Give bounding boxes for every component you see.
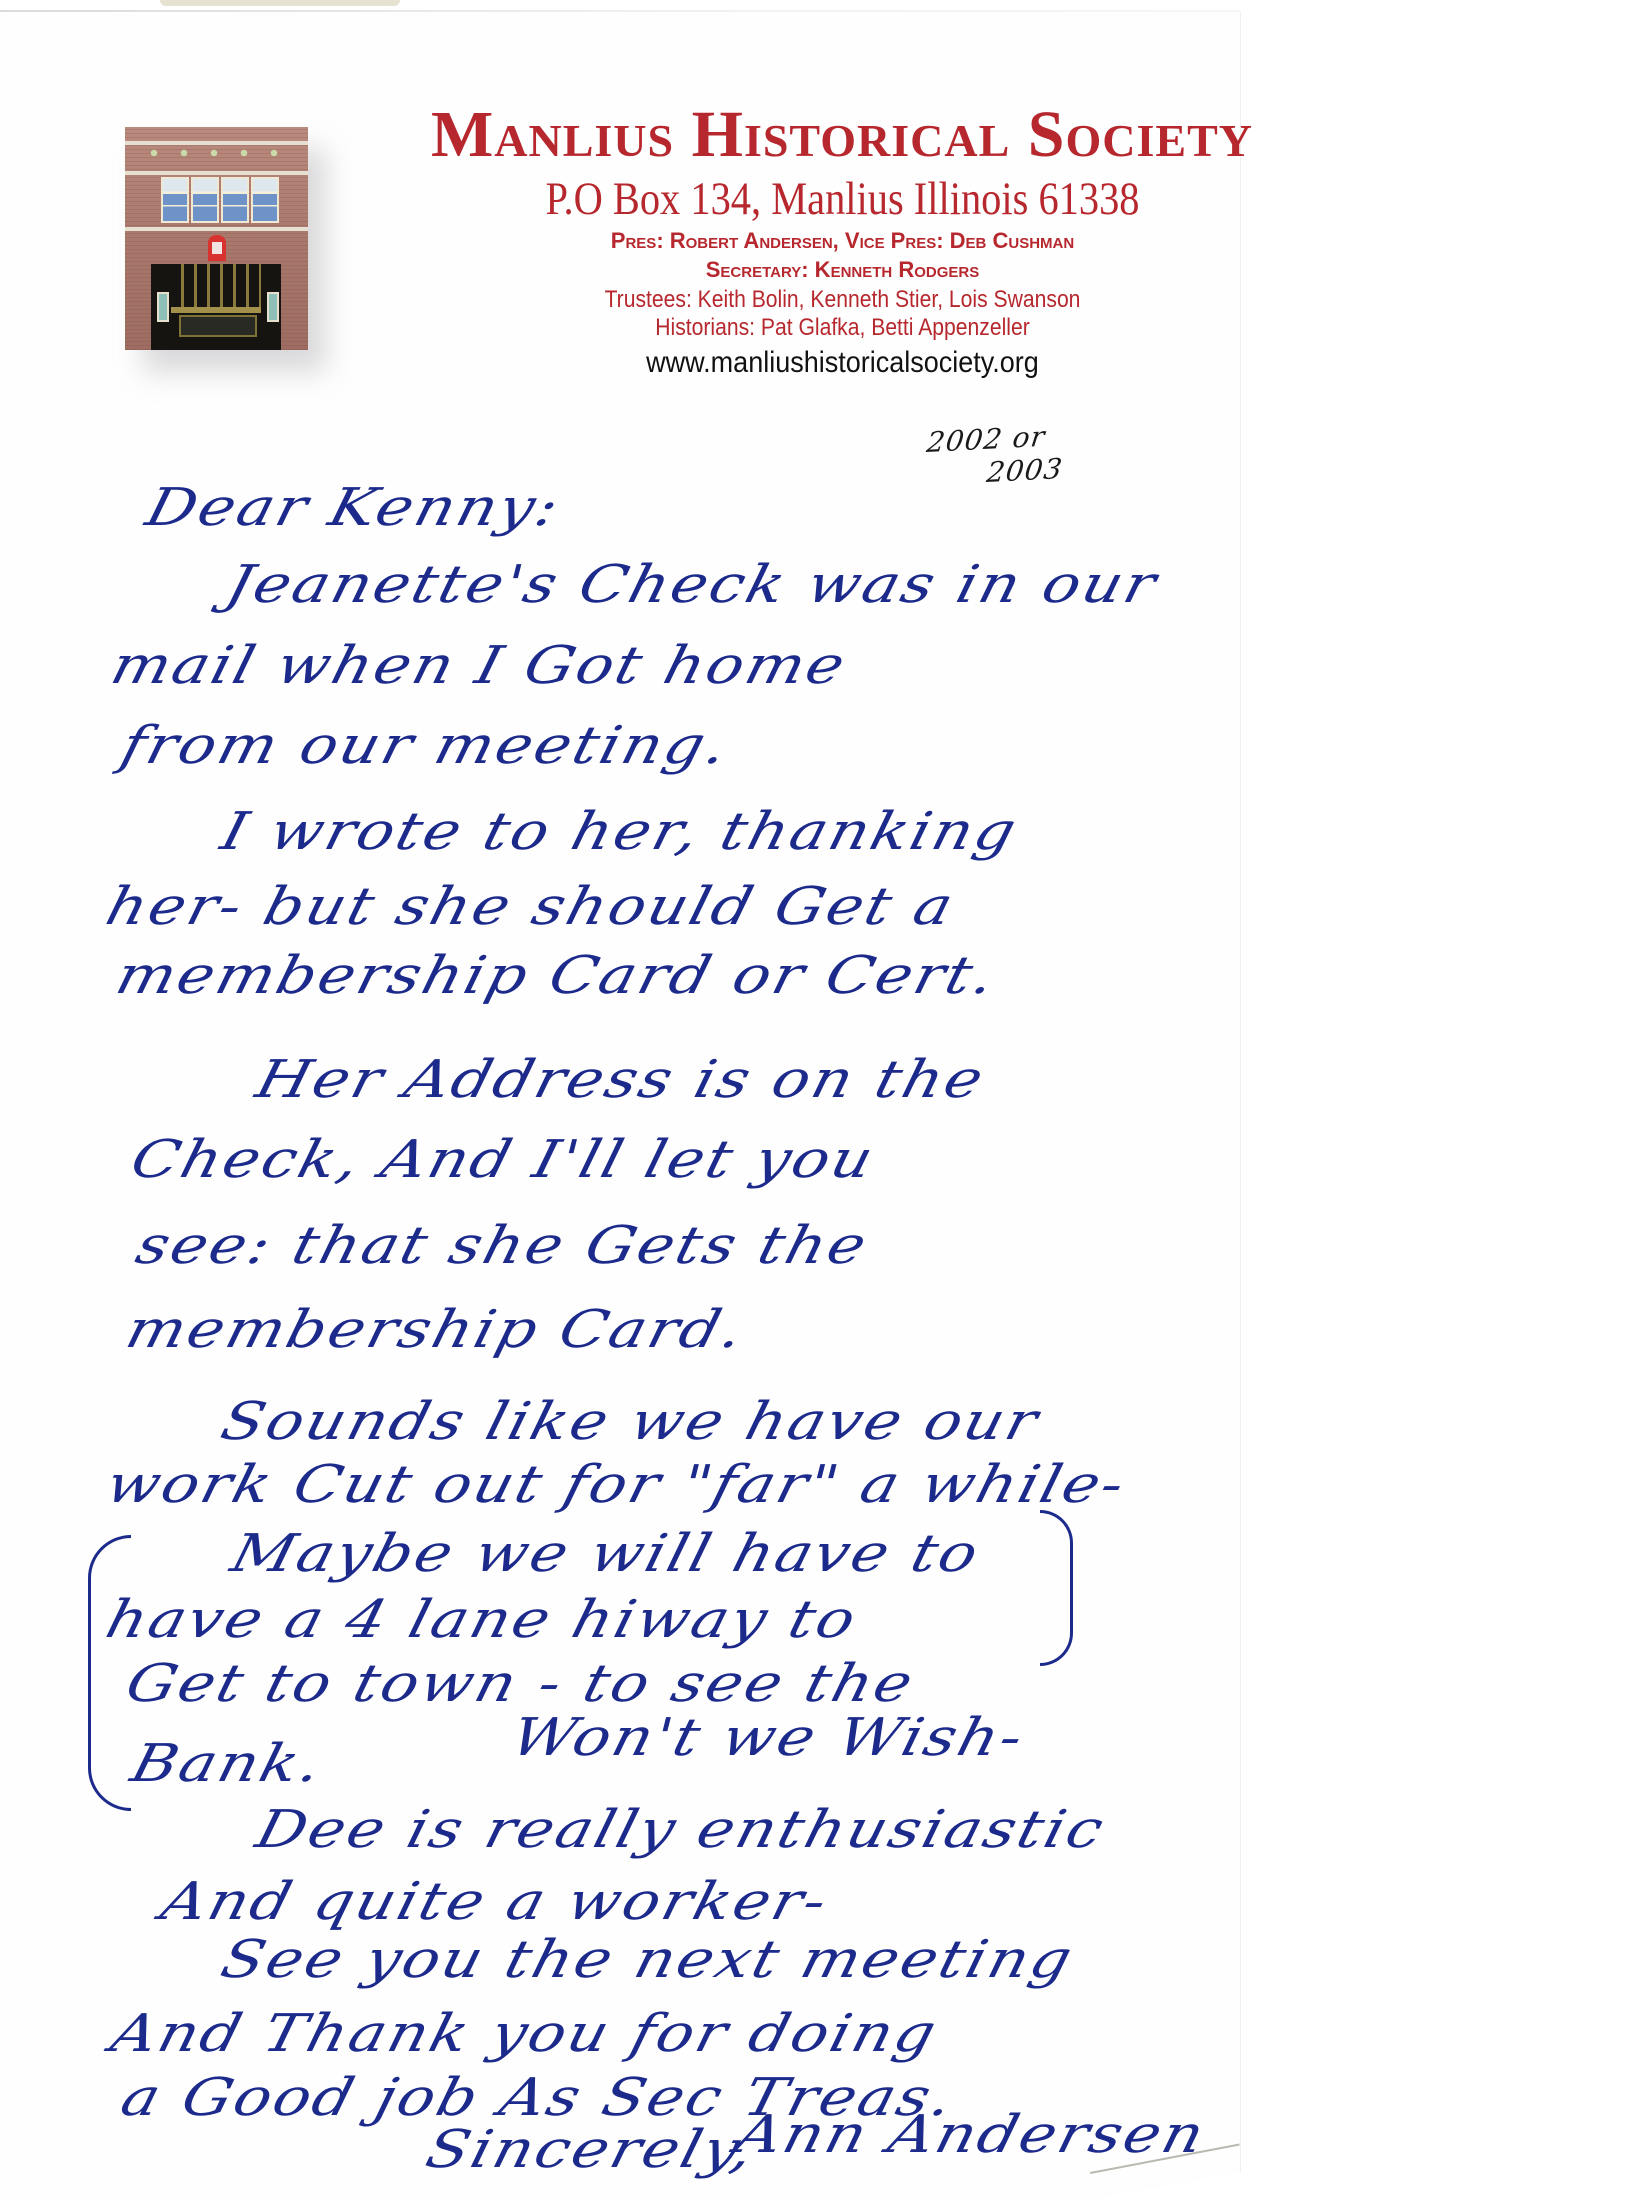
organization-name: Manlius Historical Society bbox=[320, 100, 1364, 170]
wall-lamp bbox=[267, 292, 279, 322]
bank-sign bbox=[208, 235, 226, 261]
date-annotation-line2: 2003 bbox=[985, 454, 1065, 488]
letter-line: work Cut out for "far" a while- bbox=[100, 1455, 1132, 1515]
open-parenthesis bbox=[88, 1535, 131, 1811]
cornice-band bbox=[125, 141, 308, 145]
letter-line: See you the next meeting bbox=[215, 1930, 1080, 1990]
signature: Ann Andersen bbox=[730, 2105, 1212, 2165]
scan-stain bbox=[160, 0, 400, 6]
letter-line: Check, And I'll let you bbox=[125, 1130, 881, 1190]
window-ledge bbox=[125, 171, 308, 175]
bank-nameplate bbox=[179, 315, 257, 337]
website-link[interactable]: www.manliushistoricalsociety.org bbox=[606, 347, 1079, 379]
mailing-address: P.O Box 134, Manlius Illinois 61338 bbox=[509, 174, 1176, 224]
salutation: Dear Kenny: bbox=[140, 478, 567, 538]
close-parenthesis bbox=[1040, 1510, 1073, 1666]
paper-top-edge bbox=[0, 10, 1240, 12]
letter-line: Bank. bbox=[125, 1734, 330, 1794]
letter-line: Jeanette's Check was in our bbox=[220, 555, 1164, 615]
letter-line: Sounds like we have our bbox=[215, 1392, 1045, 1452]
window bbox=[191, 177, 219, 223]
historians-line: Historians: Pat Glafka, Betti Appenzelle… bbox=[576, 315, 1108, 341]
facade-ornaments bbox=[139, 149, 294, 157]
letter-line: Won't we Wish- bbox=[505, 1708, 1031, 1768]
wall-lamp bbox=[157, 292, 169, 322]
letter-line: mail when I Got home bbox=[105, 636, 853, 696]
letter-line: Maybe we will have to bbox=[225, 1524, 986, 1584]
window bbox=[221, 177, 249, 223]
floor-band bbox=[125, 227, 308, 231]
window bbox=[161, 177, 189, 223]
letter-line: membership Card. bbox=[120, 1300, 751, 1360]
date-annotation-line1: 2002 or bbox=[925, 422, 1047, 458]
letter-line: And quite a worker- bbox=[155, 1872, 835, 1932]
letter-line: her- but she should Get a bbox=[100, 877, 961, 937]
letter-line: I wrote to her, thanking bbox=[215, 802, 1024, 862]
letter-line: Dee is really enthusiastic bbox=[250, 1800, 1111, 1860]
officers-line: Pres: Robert Andersen, Vice Pres: Deb Cu… bbox=[495, 229, 1190, 253]
closing: Sincerely, bbox=[420, 2120, 762, 2180]
door-beam bbox=[171, 307, 261, 313]
letter-line: Her Address is on the bbox=[250, 1050, 991, 1110]
secretary-line: Secretary: Kenneth Rodgers bbox=[495, 258, 1190, 282]
building-logo-image bbox=[125, 127, 308, 350]
letter-line: membership Card or Cert. bbox=[110, 946, 1003, 1006]
letter-line: Get to town - to see the bbox=[120, 1654, 921, 1714]
letter-line: And Thank you for doing bbox=[105, 2004, 944, 2064]
letter-line: from our meeting. bbox=[115, 716, 735, 776]
letter-line: see: that she Gets the bbox=[130, 1216, 874, 1276]
letter-line: have a 4 lane hiway to bbox=[100, 1590, 864, 1650]
trustees-line: Trustees: Keith Bolin, Kenneth Stier, Lo… bbox=[576, 287, 1108, 313]
window bbox=[251, 177, 279, 223]
door-grille bbox=[171, 264, 261, 308]
